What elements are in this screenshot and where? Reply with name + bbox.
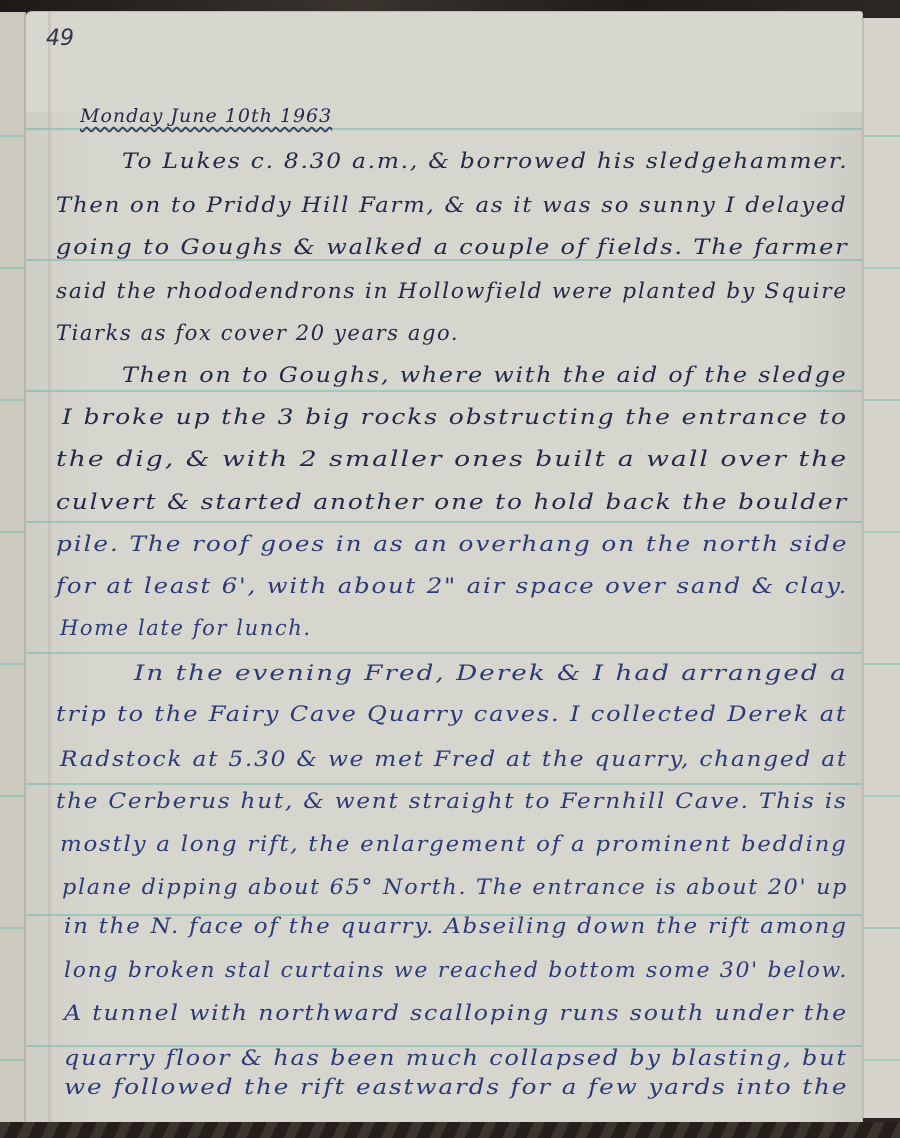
journal-entry-text: To Lukes c. 8.30 a.m., & borrowed his sl…	[26, 12, 862, 1124]
text-line: the dig, & with 2 smaller ones built a w…	[56, 447, 848, 471]
text-line: plane dipping about 65° North. The entra…	[62, 875, 848, 899]
text-line: Then on to Priddy Hill Farm, & as it was…	[56, 193, 847, 217]
text-line: long broken stal curtains we reached bot…	[64, 958, 848, 982]
text-line: trip to the Fairy Cave Quarry caves. I c…	[56, 702, 847, 726]
text-line: mostly a long rift, the enlargement of a…	[60, 832, 848, 856]
desk-background-bottom	[0, 1122, 900, 1138]
text-line: quarry floor & has been much collapsed b…	[64, 1046, 848, 1070]
text-line: culvert & started another one to hold ba…	[56, 490, 848, 514]
text-line: A tunnel with northward scalloping runs …	[64, 1001, 848, 1025]
text-line: in the N. face of the quarry. Abseiling …	[64, 914, 848, 938]
text-line: said the rhododendrons in Hollowfield we…	[56, 279, 848, 303]
text-line: the Cerberus hut, & went straight to Fer…	[56, 789, 848, 813]
text-line: Home late for lunch.	[60, 616, 312, 640]
text-line: Radstock at 5.30 & we met Fred at the qu…	[60, 747, 848, 771]
notebook-page: 49 Monday June 10th 1963 To Lukes c. 8.3…	[26, 12, 862, 1124]
text-line: for at least 6', with about 2" air space…	[56, 574, 848, 598]
previous-page-edge	[0, 12, 26, 1130]
text-line: Then on to Goughs, where with the aid of…	[122, 363, 848, 387]
next-page-edge	[862, 18, 900, 1118]
text-line: In the evening Fred, Derek & I had arran…	[134, 661, 848, 685]
text-line: To Lukes c. 8.30 a.m., & borrowed his sl…	[122, 149, 848, 173]
text-line: Tiarks as fox cover 20 years ago.	[56, 321, 459, 345]
text-line: going to Goughs & walked a couple of fie…	[56, 235, 849, 259]
text-line: we followed the rift eastwards for a few…	[64, 1075, 848, 1099]
text-line: pile. The roof goes in as an overhang on…	[56, 532, 848, 556]
text-line: I broke up the 3 big rocks obstructing t…	[62, 405, 848, 429]
